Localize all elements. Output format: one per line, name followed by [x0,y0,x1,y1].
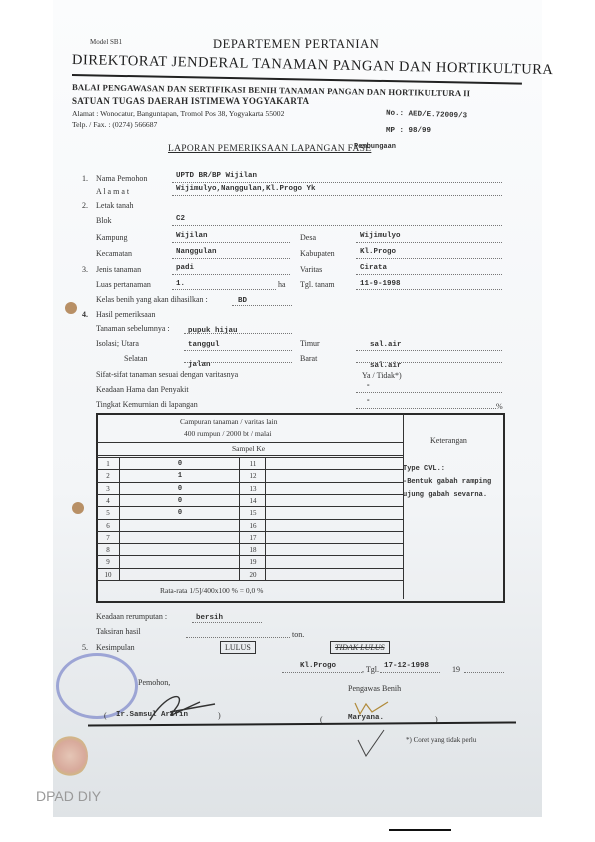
isolation-west-label: Barat [300,354,317,363]
note-line: ujung gabah sevarna. [403,489,491,502]
district-label: Kecamatan [96,249,132,258]
table-row: 1020 [97,568,403,581]
emblem-icon [52,735,88,777]
regency-value: Kl.Progo [360,248,396,256]
section-number: 4. [82,310,88,319]
applicant-name: Ir.Samsul Arifin [116,711,188,719]
table-row: 1011 [97,457,403,470]
block-value: C2 [176,215,185,223]
address-label: A l a m a t [96,187,129,196]
average-value: Rata-rata 1/5]/400x100 % = 0,0 % [160,586,263,595]
isolation-north-value: tanggul [188,341,220,349]
table-row: 818 [97,543,403,556]
address-value: Wijimulyo,Nanggulan,Kl.Progo Yk [176,185,316,193]
fail-option: TIDAK LULUS [330,641,390,654]
isolation-east-label: Timur [300,339,320,348]
district-value: Nanggulan [176,248,217,256]
department-title: DEPARTEMEN PERTANIAN [213,37,379,52]
applicant-label: Nama Pemohon [96,174,147,183]
pest-label: Keadaan Hama dan Penyakit [96,385,189,394]
area-value: 1. [176,280,185,288]
isolation-north-label: Isolasi; Utara [96,339,139,348]
weed-value: bersih [196,614,223,622]
isolation-west-value: sal.air [370,362,402,370]
inspection-result-label: Hasil pemeriksaan [96,310,155,319]
conclusion-label: Kesimpulan [96,643,135,652]
watermark: DPAD DIY [36,788,101,804]
applicant-value: UPTD BR/BP Wijilan [176,172,257,180]
area-unit: ha [278,280,286,289]
desa-label: Desa [300,233,316,242]
note-line: Type CVL.: [403,463,491,476]
purity-unit: % [496,402,503,411]
checkmark-icon [356,728,386,758]
model-label: Model SB1 [90,38,122,46]
purity-label: Tingkat Kemurnian di lapangan [96,400,198,409]
punch-hole [65,302,77,314]
pass-option: LULUS [220,641,256,654]
signature-applicant [140,690,220,725]
sample-label: Sampel Ke [232,444,265,453]
date-label: , Tgl. [362,665,379,674]
isolation-east-value: sal.air [370,341,402,349]
inspector-sign-label: Pengawas Benih [348,684,401,693]
office-phone: Telp. / Fax. : (0274) 566687 [72,120,157,129]
footnote: *) Coret yang tidak perlu [406,736,476,744]
office-address: Alamat : Wonocatur, Banguntapan, Tromol … [72,109,284,118]
punch-hole [72,502,84,514]
applicant-sign-label: Pemohon, [138,678,170,687]
traits-label: Sifat-sifat tanaman sesuai dengan varita… [96,370,238,379]
section-number: 1. [82,174,88,183]
table-title-2: 400 rumpun / 2000 bt / malai [184,429,272,438]
village-value: Wijilan [176,232,208,240]
weed-label: Keadaan rerumputan : [96,612,167,621]
section-number: 2. [82,201,88,210]
reference-mp: MP : 98/99 [386,127,431,135]
table-row: 919 [97,555,403,568]
section-number: 5. [82,643,88,652]
date-value: 17-12-1998 [384,662,429,670]
table-row: 717 [97,531,403,544]
desa-value: Wijimulyo [360,232,401,240]
yield-unit: ton. [292,630,304,639]
note-line: -Bentuk gabah ramping [403,476,491,489]
section-number: 3. [82,265,88,274]
traits-value: Ya / Tidak*) [362,371,402,380]
page-corner [514,0,542,10]
table-row: 616 [97,519,403,532]
table-notes: Type CVL.: -Bentuk gabah ramping ujung g… [403,463,491,502]
variety-value: Cirata [360,264,387,272]
crop-type-value: padi [176,264,194,272]
previous-crop-label: Tanaman sebelumnya : [96,324,170,333]
table-row: 5015 [97,506,403,519]
isolation-south-label: Selatan [124,354,148,363]
table-row: 4014 [97,494,403,507]
place-value: Kl.Progo [300,662,336,670]
page-bar [389,829,451,831]
report-title: LAPORAN PEMERIKSAAN LAPANGAN FASE [168,144,371,154]
variety-label: Varitas [300,265,322,274]
block-label: Blok [96,216,112,225]
table-row: 3013 [97,482,403,495]
year-prefix: 19 [452,665,460,674]
unit-name: SATUAN TUGAS DAERAH ISTIMEWA YOGYAKARTA [72,96,309,106]
regency-label: Kabupaten [300,249,335,258]
land-location-label: Letak tanah [96,201,134,210]
seed-class-value: BD [238,297,247,305]
area-label: Luas pertanaman [96,280,151,289]
official-stamp [56,653,138,719]
crop-type-label: Jenis tanaman [96,265,141,274]
keterangan-label: Keterangan [430,436,467,445]
yield-label: Taksiran hasil [96,627,141,636]
purity-value: - [366,397,371,405]
village-label: Kampung [96,233,128,242]
seed-class-label: Kelas benih yang akan dihasilkan : [96,295,208,304]
table-row: 2112 [97,469,403,482]
applicant-name-paren: ( [104,711,107,720]
inspector-name: Maryana. [348,714,384,722]
plant-date-label: Tgl. tanam [300,280,335,289]
plant-date-value: 11-9-1998 [360,280,401,288]
table-title-1: Campuran tanaman / varitas lain [180,417,277,426]
report-phase: Pembungaan [354,143,396,151]
pest-value: - [366,382,371,390]
